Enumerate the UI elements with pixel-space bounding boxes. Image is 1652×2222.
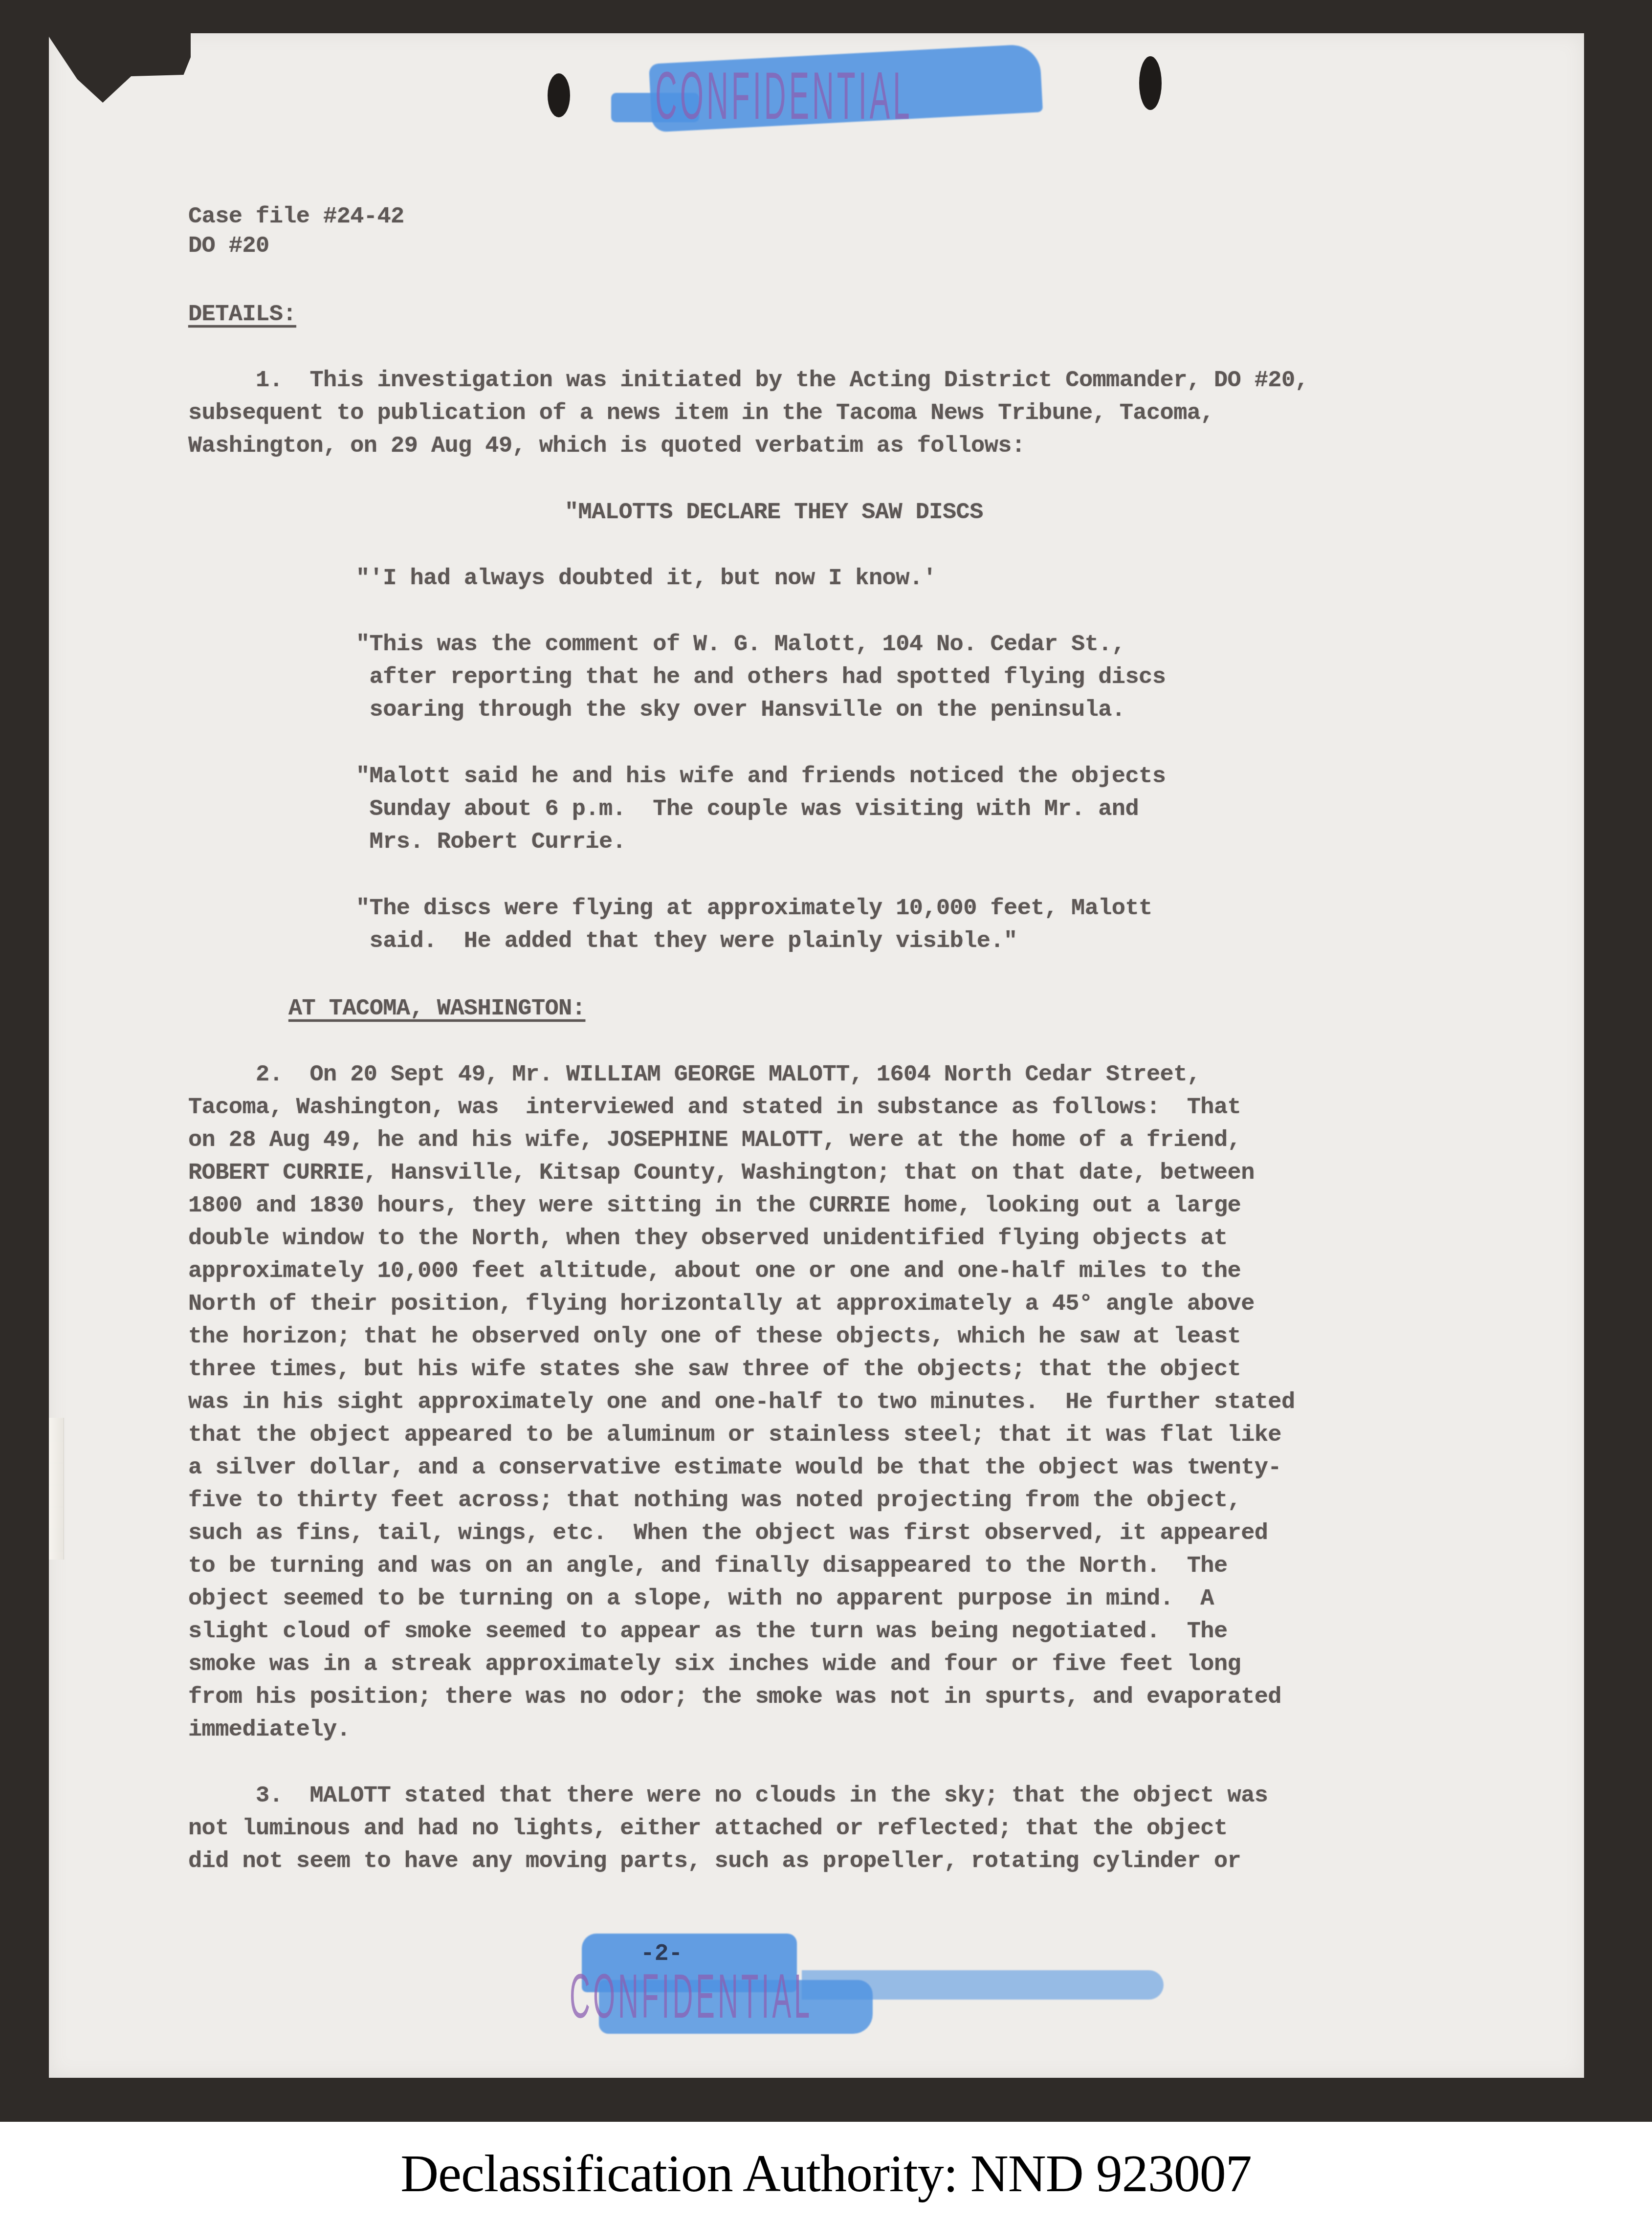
quote-line: soaring through the sky over Hansville o… <box>356 694 1125 726</box>
text-line: smoke was in a streak approximately six … <box>188 1648 1241 1681</box>
text-line: object seemed to be turning on a slope, … <box>188 1583 1214 1615</box>
text-line: North of their position, flying horizont… <box>188 1288 1255 1320</box>
details-heading: DETAILS: <box>188 298 296 331</box>
text-line: that the object appeared to be aluminum … <box>188 1419 1281 1452</box>
quote-line: "This was the comment of W. G. Malott, 1… <box>356 628 1125 661</box>
text-line: a silver dollar, and a conservative esti… <box>188 1452 1281 1484</box>
punch-hole-left <box>548 73 570 117</box>
quote-line: said. He added that they were plainly vi… <box>356 925 1017 958</box>
punch-hole-right <box>1139 56 1162 110</box>
redaction-marker-bottom-3 <box>802 1970 1164 2000</box>
text-line: did not seem to have any moving parts, s… <box>188 1845 1241 1878</box>
district-office: DO #20 <box>188 230 269 263</box>
quote-line: "'I had always doubted it, but now I kno… <box>356 562 936 595</box>
text-line: was in his sight approximately one and o… <box>188 1386 1295 1419</box>
tacoma-heading: AT TACOMA, WASHINGTON: <box>288 992 585 1025</box>
text-line: double window to the North, when they ob… <box>188 1222 1228 1255</box>
text-line: 2. On 20 Sept 49, Mr. WILLIAM GEORGE MAL… <box>188 1058 1200 1091</box>
document-page <box>49 33 1584 2078</box>
text-line: from his position; there was no odor; th… <box>188 1681 1281 1714</box>
text-line: Tacoma, Washington, was interviewed and … <box>188 1091 1241 1124</box>
page-number: -2- <box>640 1941 683 1967</box>
case-file-number: Case file #24-42 <box>188 200 404 233</box>
text-line: to be turning and was on an angle, and f… <box>188 1550 1228 1583</box>
confidential-stamp-top: CONFIDENTIAL <box>655 59 913 135</box>
quote-headline: "MALOTTS DECLARE THEY SAW DISCS <box>565 496 983 529</box>
text-line: slight cloud of smoke seemed to appear a… <box>188 1615 1228 1648</box>
quote-line: "The discs were flying at approximately … <box>356 892 1152 925</box>
text-line: the horizon; that he observed only one o… <box>188 1320 1241 1353</box>
text-line: Washington, on 29 Aug 49, which is quote… <box>188 430 1025 462</box>
text-line: subsequent to publication of a news item… <box>188 397 1214 430</box>
confidential-stamp-bottom: CONFIDENTIAL <box>570 1960 813 2032</box>
text-line: such as fins, tail, wings, etc. When the… <box>188 1517 1268 1550</box>
text-line: ROBERT CURRIE, Hansville, Kitsap County,… <box>188 1157 1255 1189</box>
text-line: immediately. <box>188 1714 350 1746</box>
text-line: on 28 Aug 49, he and his wife, JOSEPHINE… <box>188 1124 1241 1157</box>
text-line: three times, but his wife states she saw… <box>188 1353 1241 1386</box>
quote-line: after reporting that he and others had s… <box>356 661 1166 694</box>
text-line: 1800 and 1830 hours, they were sitting i… <box>188 1189 1241 1222</box>
text-line: five to thirty feet across; that nothing… <box>188 1484 1241 1517</box>
quote-line: Mrs. Robert Currie. <box>356 826 626 858</box>
text-line: 3. MALOTT stated that there were no clou… <box>188 1780 1268 1812</box>
declassification-caption: Declassification Authority: NND 923007 <box>0 2144 1652 2204</box>
quote-line: "Malott said he and his wife and friends… <box>356 760 1166 793</box>
text-line: 1. This investigation was initiated by t… <box>188 364 1308 397</box>
text-line: not luminous and had no lights, either a… <box>188 1812 1228 1845</box>
quote-line: Sunday about 6 p.m. The couple was visit… <box>356 793 1139 826</box>
text-line: approximately 10,000 feet altitude, abou… <box>188 1255 1241 1288</box>
paper-fold <box>49 1418 64 1560</box>
